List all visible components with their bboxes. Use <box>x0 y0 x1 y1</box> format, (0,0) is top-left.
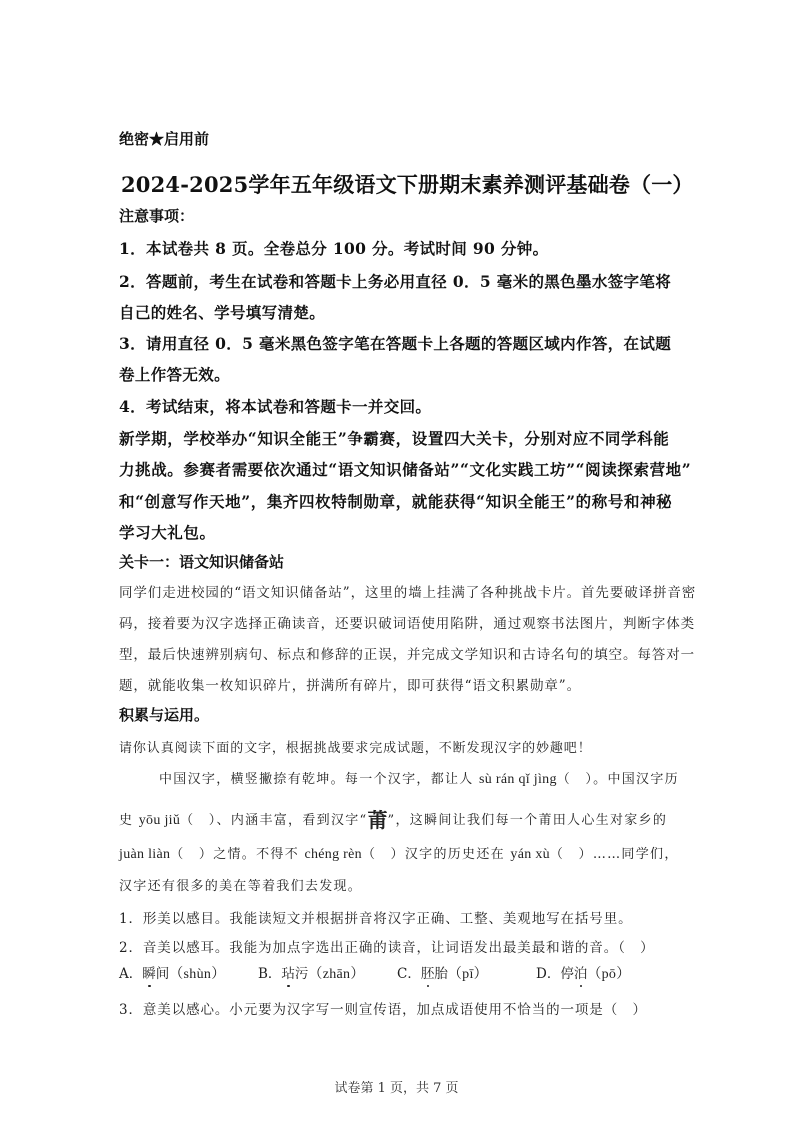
exam-page: 绝密★启用前 2024-2025学年五年级语文下册期末素养测评基础卷（一） 注意… <box>0 0 793 1122</box>
level1-line: 型，最后快速辨别病句、标点和修辞的正误，并完成文学知识和古诗名句的填空。每答对一 <box>119 643 695 663</box>
note-line: 卷上作答无效。 <box>119 363 230 385</box>
notes-heading: 注意事项： <box>119 205 194 226</box>
intro-line: 力挑战。参赛者需要依次通过“语文知识储备站”“文化实践工坊”“阅读探索营地” <box>119 458 691 480</box>
option-c[interactable]: C．胚胎（pī） <box>397 962 488 983</box>
intro-line: 学习大礼包。 <box>119 521 216 543</box>
passage-text: 中国汉字，横竖撇捺有乾坤。每一个汉字，都让人 <box>159 772 474 787</box>
pinyin-blank: yōu jiǔ <box>139 813 180 828</box>
passage-text: （ ）……同学们， <box>550 847 679 862</box>
dotted-char: 玷 <box>281 962 295 982</box>
pinyin-blank: juàn liàn <box>119 847 170 862</box>
level1-heading: 关卡一：语文知识储备站 <box>119 551 284 572</box>
passage-text: ”，这瞬间让我们每一个莆田人心生对家乡的 <box>388 813 668 828</box>
level1-line: 码，接着要为汉字选择正确读音，还要识破词语使用陷阱，通过观察书法图片，判断字体类 <box>119 612 695 632</box>
question-3: 3．意美以感心。小元要为汉字写一则宣传语，加点成语使用不恰当的一项是（ ） <box>119 998 647 1018</box>
dotted-char: 瞬 <box>142 962 156 982</box>
note-line: 4．考试结束，将本试卷和答题卡一并交回。 <box>119 395 431 417</box>
passage-text: （ ）汉字的历史还在 <box>362 847 505 862</box>
passage-text: 史 <box>119 813 133 828</box>
passage-line-4: 汉字还有很多的美在等着我们去发现。 <box>119 875 362 894</box>
level1-line: 题，就能收集一枚知识碎片，拼满所有碎片，即可获得“语文积累勋章”。 <box>119 674 581 694</box>
passage-line-3: juàn liàn（ ）之情。不得不 chéng rèn（ ）汉字的历史还在 y… <box>119 843 679 863</box>
seal-script-character: 莆 <box>368 804 388 833</box>
question-2: 2．音美以感耳。我能为加点字选出正确的读音，让词语发出最美最和谐的音。（ ） <box>119 936 655 956</box>
level1-line: 同学们走进校园的“语文知识储备站”，这里的墙上挂满了各种挑战卡片。首先要破译拼音… <box>119 581 696 601</box>
intro-line: 新学期，学校举办“知识全能王”争霸赛，设置四大关卡，分别对应不同学科能 <box>119 427 669 449</box>
note-line: 3．请用直径 0．5 毫米黑色签字笔在答题卡上各题的答题区域内作答，在试题 <box>119 332 671 354</box>
passage-text: （ ）之情。不得不 <box>170 847 299 862</box>
note-line: 1．本试卷共 8 页。全卷总分 100 分。考试时间 90 分钟。 <box>119 237 548 259</box>
question-1: 1．形美以感目。我能读短文并根据拼音将汉字正确、工整、美观地写在括号里。 <box>119 907 633 927</box>
page-footer: 试卷第 1 页，共 7 页 <box>0 1077 793 1096</box>
option-d[interactable]: D．停泊（pō） <box>536 962 631 983</box>
passage-line-2: 史 yōu jiǔ（ ）、内涵丰富，看到汉字“莆”，这瞬间让我们每一个莆田人心生… <box>119 804 667 833</box>
section-heading: 积累与运用。 <box>119 704 209 725</box>
pinyin-blank: chéng rèn <box>304 847 362 862</box>
intro-line: 和“创意写作天地”，集齐四枚特制勋章，就能获得“知识全能王”的称号和神秘 <box>119 490 672 512</box>
secret-mark: 绝密★启用前 <box>119 128 209 149</box>
pinyin-blank: yán xù <box>510 847 550 862</box>
option-a[interactable]: A．瞬间（shùn） <box>119 962 226 983</box>
answer-blank: （ ）。中国汉字历 <box>557 772 679 787</box>
pinyin-blank: sù rán qǐ jìng <box>479 772 557 787</box>
dotted-char: 胚 <box>421 962 435 982</box>
page-title: 2024-2025学年五年级语文下册期末素养测评基础卷（一） <box>121 169 694 199</box>
section-instruction: 请你认真阅读下面的文字，根据挑战要求完成试题，不断发现汉字的妙趣吧！ <box>119 737 592 756</box>
passage-line-1: 中国汉字，横竖撇捺有乾坤。每一个汉字，都让人 sù rán qǐ jìng（ ）… <box>159 768 679 788</box>
option-b[interactable]: B．玷污（zhān） <box>258 962 365 983</box>
note-line: 自己的姓名、学号填写清楚。 <box>119 301 325 323</box>
note-line: 2．答题前，考生在试卷和答题卡上务必用直径 0．5 毫米的黑色墨水签字笔将 <box>119 270 671 292</box>
dotted-char: 泊 <box>574 962 588 982</box>
answer-blank: （ ）、内涵丰富，看到汉字“ <box>180 813 367 828</box>
